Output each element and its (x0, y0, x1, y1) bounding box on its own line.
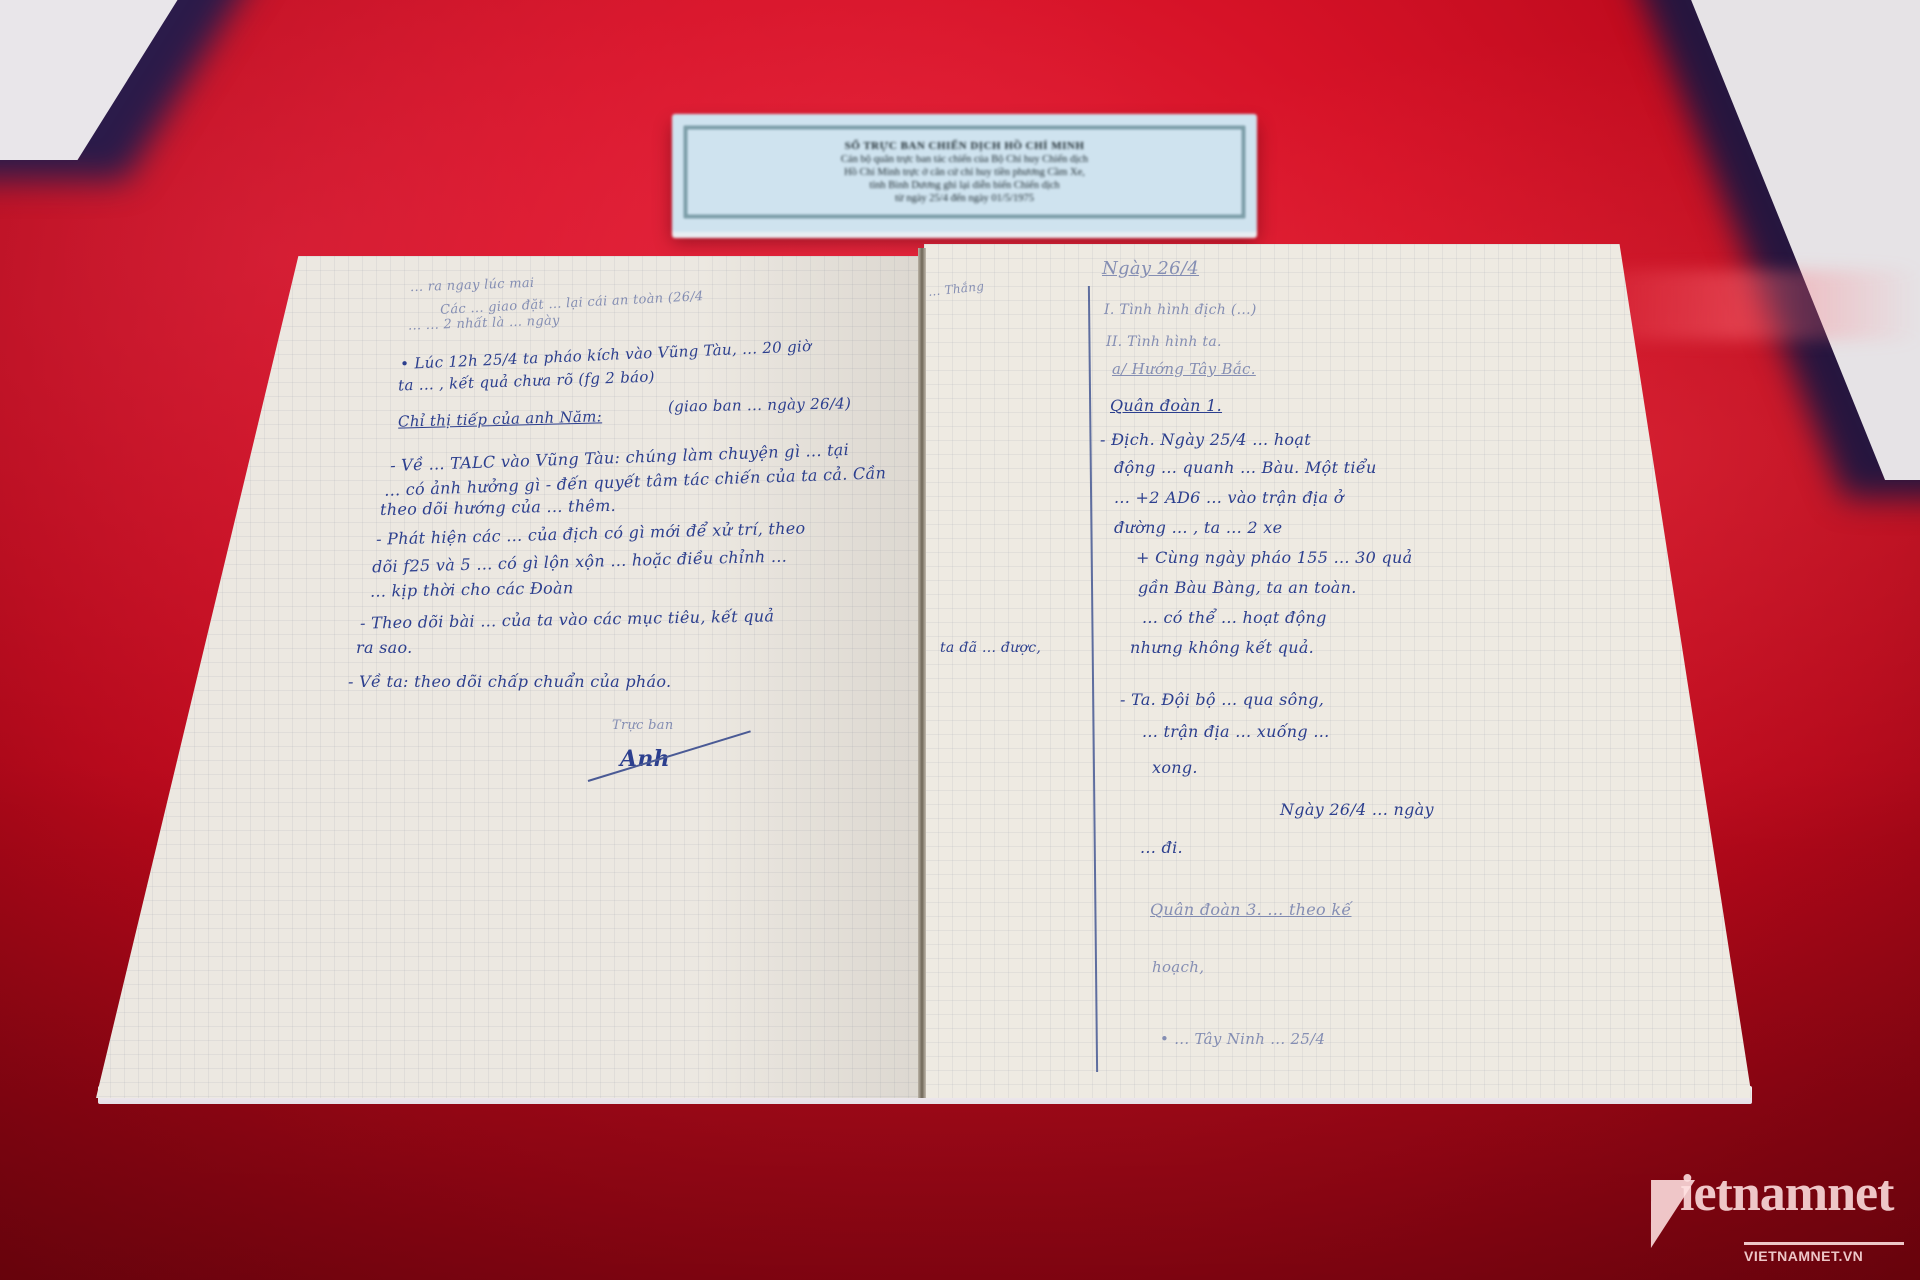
handwritten-heading: Quân đoàn 1. (1110, 396, 1222, 415)
handwritten-line: ... kịp thời cho các Đoàn (370, 578, 574, 601)
watermark-logo-text: ietnamnet (1680, 1164, 1893, 1223)
handwritten-line: II. Tình hình ta. (1106, 334, 1222, 350)
vietnamnet-watermark: ietnamnet VIETNAMNET.VN (1640, 1158, 1910, 1268)
handwritten-line: động ... quanh ... Bàu. Một tiểu (1114, 458, 1377, 477)
handwritten-heading: Quân đoàn 3. ... theo kế (1150, 900, 1352, 919)
handwritten-line: xong. (1152, 758, 1198, 777)
handwritten-line: đường ... , ta ... 2 xe (1114, 518, 1282, 537)
handwritten-line: - Địch. Ngày 25/4 ... hoạt (1100, 430, 1311, 449)
handwritten-line: + Cùng ngày pháo 155 ... 30 quả (1136, 548, 1413, 567)
watermark-divider (1744, 1242, 1904, 1245)
right-page (924, 244, 1752, 1098)
handwritten-line: (giao ban ... ngày 26/4) (668, 394, 852, 415)
museum-display-scene: SỔ TRỰC BAN CHIẾN DỊCH HỒ CHÍ MINH Cán b… (0, 0, 1920, 1280)
handwritten-line: hoạch, (1152, 958, 1204, 976)
handwritten-line: - Về ta: theo dõi chấp chuẩn của pháo. (348, 672, 671, 691)
open-notebook: ... ra ngay lúc mai Các ... giao đặt ...… (0, 0, 1920, 1280)
handwritten-line: ... trận địa ... xuống ... (1142, 722, 1330, 741)
handwritten-line: a/ Hướng Tây Bắc. (1112, 360, 1256, 378)
handwritten-line: nhưng không kết quả. (1130, 638, 1314, 657)
handwritten-line: ra sao. (356, 638, 413, 657)
handwritten-line: - Ta. Đội bộ ... qua sông, (1120, 690, 1324, 709)
handwritten-line: gần Bàu Bàng, ta an toàn. (1138, 578, 1357, 597)
handwritten-line: ... đi. (1140, 838, 1183, 857)
date-heading: Ngày 26/4 (1102, 258, 1199, 279)
signature-title: Trực ban (612, 718, 674, 733)
handwritten-line: I. Tình hình địch (...) (1104, 302, 1257, 318)
watermark-url: VIETNAMNET.VN (1744, 1248, 1863, 1264)
handwritten-line: ... +2 AD6 ... vào trận địa ở (1114, 488, 1344, 507)
notebook-spine (918, 248, 926, 1098)
margin-note: ta đã ... được, (940, 640, 1041, 656)
handwritten-line: Ngày 26/4 ... ngày (1280, 800, 1434, 819)
handwritten-line: • ... Tây Ninh ... 25/4 (1160, 1030, 1325, 1048)
handwritten-line: ... có thể ... hoạt động (1142, 608, 1327, 627)
